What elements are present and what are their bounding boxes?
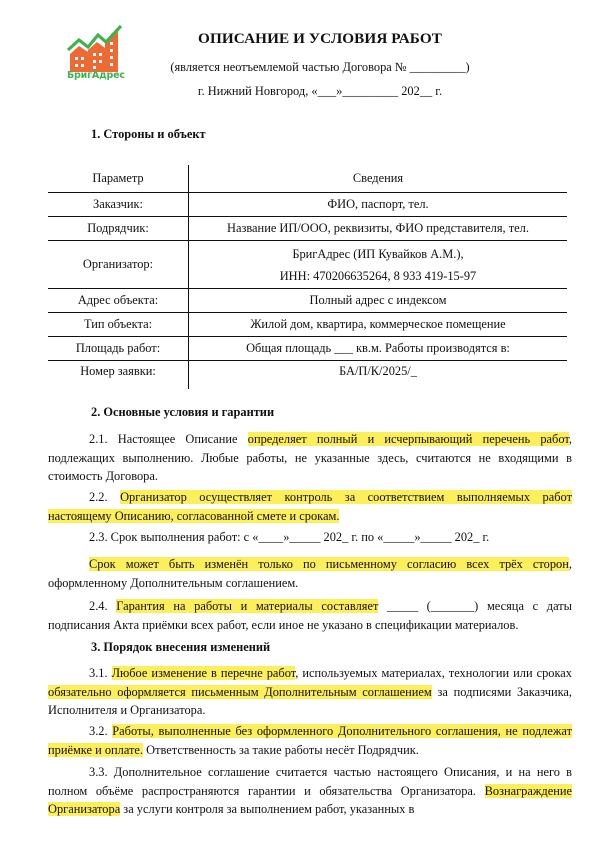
table-row: Номер заявки: БА/П/К/2025/_ xyxy=(48,361,567,390)
organizer-inn-phone: ИНН: 470206635264, 8 933 419-15-97 xyxy=(189,265,567,287)
table-row: Адрес объекта: Полный адрес с индексом xyxy=(48,289,567,313)
table-header-row: Параметр Сведения xyxy=(48,165,567,193)
paragraph-2-3-note: Срок может быть изменён только по письме… xyxy=(48,555,572,592)
row-key: Подрядчик: xyxy=(48,217,189,241)
row-key: Заказчик: xyxy=(48,193,189,217)
document-title: ОПИСАНИЕ И УСЛОВИЯ РАБОТ xyxy=(150,30,490,48)
section-2-heading: 2. Основные условия и гарантии xyxy=(91,405,274,420)
document-page: БригАдрес ОПИСАНИЕ И УСЛОВИЯ РАБОТ (явля… xyxy=(0,0,592,850)
section-3-heading: 3. Порядок внесения изменений xyxy=(91,640,270,655)
paragraph-2-4: 2.4. Гарантия на работы и материалы сост… xyxy=(48,597,572,634)
paragraph-2-1: 2.1. Настоящее Описание определяет полны… xyxy=(48,430,572,486)
row-key: Адрес объекта: xyxy=(48,289,189,313)
row-value: ФИО, паспорт, тел. xyxy=(189,193,568,217)
row-value: Общая площадь ___ кв.м. Работы производя… xyxy=(189,337,568,361)
highlighted-text: Организатор осуществляет контроль за соо… xyxy=(48,490,572,523)
row-value: Жилой дом, квартира, коммерческое помеще… xyxy=(189,313,568,337)
parties-table: Параметр Сведения Заказчик: ФИО, паспорт… xyxy=(48,165,567,389)
table-row: Площадь работ: Общая площадь ___ кв.м. Р… xyxy=(48,337,567,361)
row-value: Название ИП/ООО, реквизиты, ФИО представ… xyxy=(189,217,568,241)
table-row: Подрядчик: Название ИП/ООО, реквизиты, Ф… xyxy=(48,217,567,241)
organizer-name: БригАдрес (ИП Кувайков А.М.), xyxy=(189,243,567,265)
table-row: Тип объекта: Жилой дом, квартира, коммер… xyxy=(48,313,567,337)
city-date-line: г. Нижний Новгород, «___»_________ 202__… xyxy=(120,84,520,99)
highlighted-text: Гарантия на работы и материалы составляе… xyxy=(116,599,378,613)
table-row: Организатор: БригАдрес (ИП Кувайков А.М.… xyxy=(48,241,567,289)
logo-text: БригАдрес xyxy=(67,70,127,81)
row-key: Площадь работ: xyxy=(48,337,189,361)
table-row: Заказчик: ФИО, паспорт, тел. xyxy=(48,193,567,217)
table-header-details: Сведения xyxy=(189,165,568,193)
row-value: БригАдрес (ИП Кувайков А.М.), ИНН: 47020… xyxy=(189,241,568,289)
row-value: БА/П/К/2025/_ xyxy=(189,361,568,390)
row-key: Номер заявки: xyxy=(48,361,189,390)
section-1-heading: 1. Стороны и объект xyxy=(91,127,206,142)
document-subtitle: (является неотъемлемой частью Договора №… xyxy=(120,60,520,75)
highlighted-text: обязательно оформляется письменным Допол… xyxy=(48,685,432,699)
highlighted-text: Срок может быть изменён только по письме… xyxy=(89,557,569,571)
highlighted-text: Любое изменение в перечне работ xyxy=(112,666,296,680)
row-key: Тип объекта: xyxy=(48,313,189,337)
paragraph-3-3: 3.3. Дополнительное соглашение считается… xyxy=(48,763,572,819)
paragraph-3-2: 3.2. Работы, выполненные без оформленног… xyxy=(48,722,572,759)
row-key: Организатор: xyxy=(48,241,189,289)
highlighted-text: определяет полный и исчерпывающий перече… xyxy=(248,432,569,446)
row-value: Полный адрес с индексом xyxy=(189,289,568,313)
table-header-parameter: Параметр xyxy=(48,165,189,193)
paragraph-3-1: 3.1. Любое изменение в перечне работ, ис… xyxy=(48,664,572,720)
paragraph-2-3: 2.3. Срок выполнения работ: с «____»____… xyxy=(48,528,572,547)
paragraph-2-2: 2.2. Организатор осуществляет контроль з… xyxy=(48,488,572,525)
